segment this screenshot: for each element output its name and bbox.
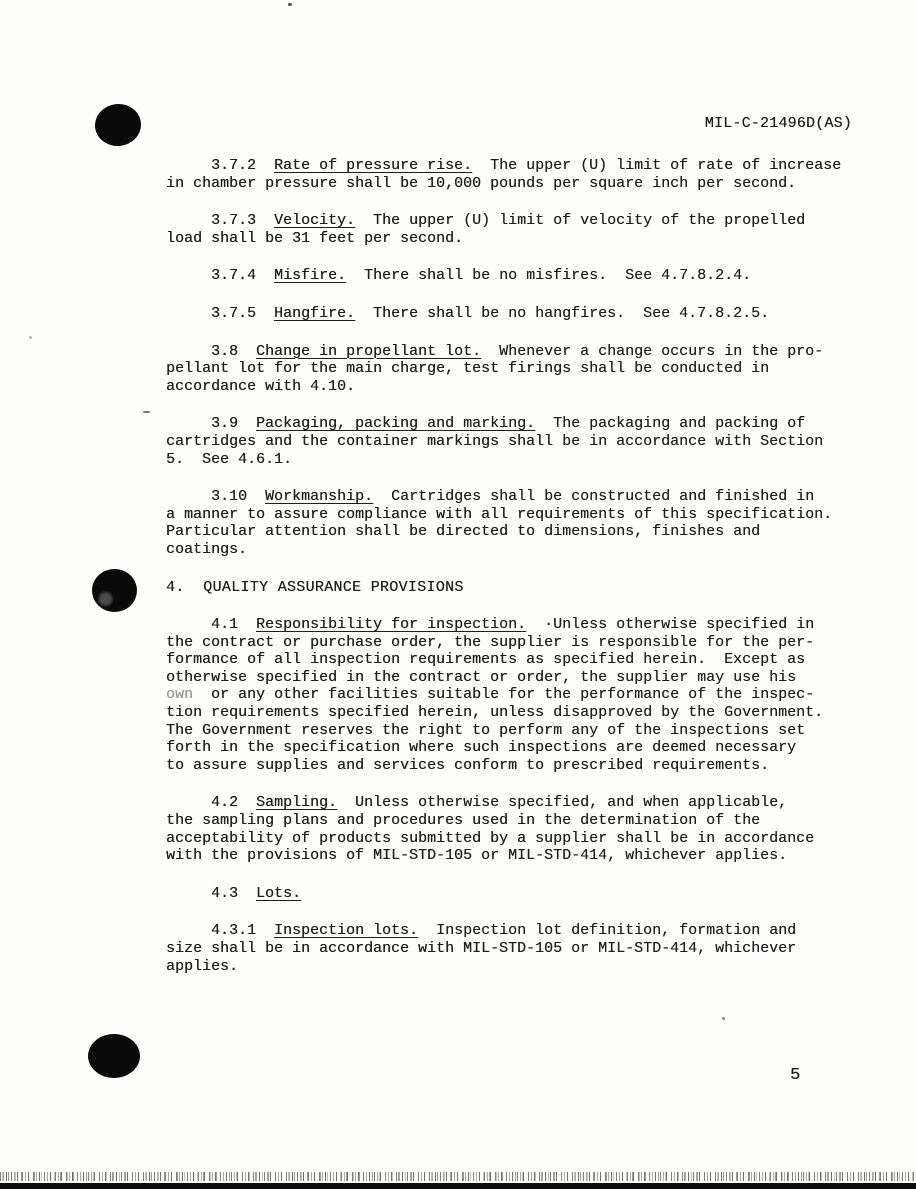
paragraph-3-7-2: 3.7.2 Rate of pressure rise. The upper (… <box>166 157 872 192</box>
paragraph-title: Lots. <box>256 885 301 902</box>
paragraph-prefix: 3.7.5 <box>166 305 274 322</box>
paragraph-prefix: 3.7.4 <box>166 267 274 284</box>
paragraph-prefix: 4.3.1 <box>166 922 274 939</box>
paragraph-prefix: 3.9 <box>166 415 256 432</box>
hole-punch-middle <box>92 569 137 612</box>
document-body: 3.7.2 Rate of pressure rise. The upper (… <box>166 157 872 995</box>
paragraph-title: Inspection lots. <box>274 922 418 939</box>
spec-number: MIL-C-21496D(AS) <box>705 115 852 132</box>
paragraph-3-10: 3.10 Workmanship. Cartridges shall be co… <box>166 488 872 558</box>
paragraph-prefix: 4.2 <box>166 794 256 811</box>
paragraph-title: Sampling. <box>256 794 337 811</box>
paragraph-3-7-4: 3.7.4 Misfire. There shall be no misfire… <box>166 267 872 285</box>
hole-punch-bottom <box>88 1034 140 1078</box>
paragraph-prefix: 3.10 <box>166 488 265 505</box>
paragraph-3-7-5: 3.7.5 Hangfire. There shall be no hangfi… <box>166 305 872 323</box>
scan-bottom-bar <box>0 1183 916 1189</box>
paragraph-prefix: 3.7.2 <box>166 157 274 174</box>
paragraph-3-9: 3.9 Packaging, packing and marking. The … <box>166 415 872 468</box>
paragraph-3-8: 3.8 Change in propellant lot. Whenever a… <box>166 343 872 396</box>
scan-speck-bottom <box>722 1017 725 1020</box>
paragraph-prefix: 4.3 <box>166 885 256 902</box>
paragraph-prefix: 4. QUALITY ASSURANCE PROVISIONS <box>166 579 464 596</box>
hole-punch-top <box>93 102 143 149</box>
paragraph-title: Rate of pressure rise. <box>274 157 472 174</box>
paragraph-prefix: 3.8 <box>166 343 256 360</box>
paragraph-prefix: 4.1 <box>166 616 256 633</box>
scan-speck-left <box>29 336 32 339</box>
paragraph-title: Change in propellant lot. <box>256 343 481 360</box>
scan-noise-strip <box>0 1172 916 1181</box>
paragraph-text: There shall be no hangfires. See 4.7.8.2… <box>355 305 769 322</box>
paragraph-4: 4. QUALITY ASSURANCE PROVISIONS <box>166 579 872 597</box>
paragraph-prefix: 3.7.3 <box>166 212 274 229</box>
paragraph-4-2: 4.2 Sampling. Unless otherwise specified… <box>166 794 872 864</box>
paragraph-title: Velocity. <box>274 212 355 229</box>
page-number: 5 <box>790 1066 800 1085</box>
paragraph-4-3: 4.3 Lots. <box>166 885 872 903</box>
scanned-document-page: MIL-C-21496D(AS) 3.7.2 Rate of pressure … <box>0 0 916 1189</box>
paragraph-4-1: 4.1 Responsibility for inspection. ·Unle… <box>166 616 872 774</box>
paragraph-title: Workmanship. <box>265 488 373 505</box>
paragraph-title: Hangfire. <box>274 305 355 322</box>
paragraph-title: Packaging, packing and marking. <box>256 415 535 432</box>
paragraph-text: There shall be no misfires. See 4.7.8.2.… <box>346 267 751 284</box>
paragraph-title: Misfire. <box>274 267 346 284</box>
paragraph-text: or any other facilities suitable for the… <box>166 686 823 773</box>
paragraph-3-7-3: 3.7.3 Velocity. The upper (U) limit of v… <box>166 212 872 247</box>
paragraph-title: Responsibility for inspection. <box>256 616 526 633</box>
paragraph-text-faded: own <box>166 686 193 703</box>
paragraph-4-3-1: 4.3.1 Inspection lots. Inspection lot de… <box>166 922 872 975</box>
scan-speck-dash <box>143 411 150 413</box>
scan-speck-top <box>288 3 292 6</box>
